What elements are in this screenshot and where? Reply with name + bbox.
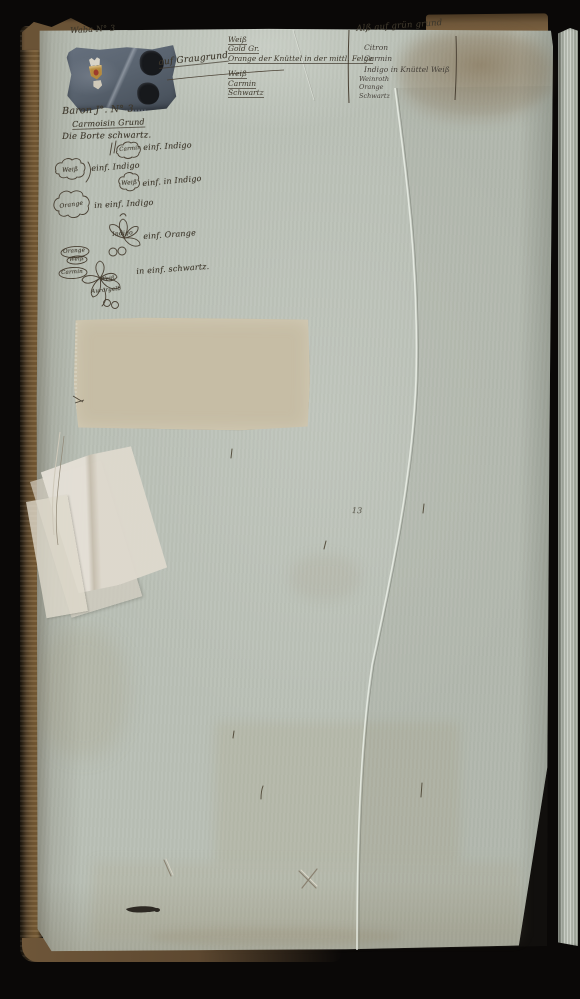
- embroidered-crest: [86, 56, 108, 94]
- photograph-backdrop: Waba N° 3 auf Graugrund Weiß Gold Gr. Or…: [0, 0, 580, 999]
- color-item: Indigo in Knüttel Weiß: [364, 64, 450, 75]
- left-panel-note: Die Borte schwartz.: [62, 130, 151, 142]
- color-item: Weinroth: [359, 75, 450, 83]
- left-panel-subtitle: Carmoisin Grund: [72, 117, 145, 129]
- pencil-mark: 13: [352, 506, 363, 515]
- right-color-panel: Citron Carmin Indigo in Knüttel Weiß Wei…: [364, 42, 450, 100]
- motif-label: Carmin: [61, 269, 83, 276]
- color-item: Gold Gr.: [228, 44, 373, 53]
- stain: [290, 555, 360, 600]
- motif-label: Weiß: [62, 166, 78, 174]
- color-item: Orange der Knüttel in der mittl. Felge: [228, 54, 373, 63]
- motif-label: Weiß: [69, 256, 84, 263]
- crest-base: [92, 79, 102, 89]
- beige-fabric-swatch: [74, 317, 311, 431]
- swatch-residue: [215, 722, 460, 862]
- page-stack-fore-edge: [558, 28, 578, 946]
- color-item: Weiß: [228, 69, 373, 78]
- color-item: Schwartz: [228, 88, 373, 97]
- stain: [38, 628, 128, 758]
- color-item: Orange: [359, 83, 450, 91]
- textile-swatch: [66, 45, 177, 113]
- motif-label: Weiß: [121, 179, 137, 187]
- color-item: Weiß: [228, 35, 373, 44]
- crest-red-charge: [93, 69, 99, 76]
- textile-dark-spot: [137, 82, 159, 105]
- crest-top: [89, 57, 101, 66]
- color-item: Carmin: [364, 53, 450, 64]
- color-item: Citron: [364, 42, 450, 53]
- center-color-list: Weiß Gold Gr. Orange der Knüttel in der …: [228, 35, 373, 97]
- color-item: Carmin: [228, 79, 373, 88]
- stain: [150, 928, 400, 946]
- color-item: Schwartz: [359, 92, 450, 100]
